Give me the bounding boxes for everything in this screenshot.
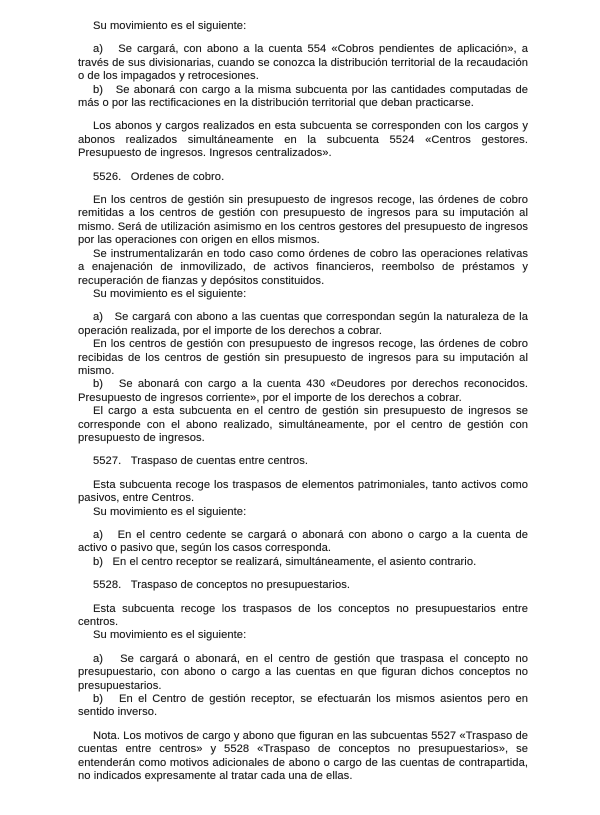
list-item-a-5526: a) Se cargará con abono a las cuentas qu… — [78, 311, 528, 338]
para-nota-final: Nota. Los motivos de cargo y abono que f… — [78, 730, 528, 784]
para-5526-centros-sin: En los centros de gestión sin presupuest… — [78, 194, 528, 248]
para-5526-cargo-subcuenta: El cargo a esta subcuenta en el centro d… — [78, 405, 528, 445]
para-5526-centros-con: En los centros de gestión con presupuest… — [78, 338, 528, 378]
section-heading-5526: 5526. Ordenes de cobro. — [78, 171, 528, 184]
para-5526-instrumentalizacion: Se instrumentalizarán en todo caso como … — [78, 248, 528, 288]
section-heading-5527: 5527. Traspaso de cuentas entre centros. — [78, 455, 528, 468]
list-item-b-5525: b) Se abonará con cargo a la misma subcu… — [78, 84, 528, 111]
para-abonos-cargos: Los abonos y cargos realizados en esta s… — [78, 120, 528, 160]
list-item-a-5525: a) Se cargará, con abono a la cuenta 554… — [78, 43, 528, 83]
movement-intro-line-5526: Su movimiento es el siguiente: — [78, 288, 528, 301]
movement-intro-line: Su movimiento es el siguiente: — [78, 20, 528, 33]
list-item-b-5527: b) En el centro receptor se realizará, s… — [78, 556, 528, 569]
document-page: Su movimiento es el siguiente: a) Se car… — [0, 0, 600, 815]
list-item-a-5527: a) En el centro cedente se cargará o abo… — [78, 529, 528, 556]
list-item-a-5528: a) Se cargará o abonará, en el centro de… — [78, 653, 528, 693]
list-item-b-5528: b) En el Centro de gestión receptor, se … — [78, 693, 528, 720]
movement-intro-line-5527: Su movimiento es el siguiente: — [78, 506, 528, 519]
movement-intro-line-5528: Su movimiento es el siguiente: — [78, 629, 528, 642]
para-5527-descripcion: Esta subcuenta recoge los traspasos de e… — [78, 479, 528, 506]
document-text-column: Su movimiento es el siguiente: a) Se car… — [78, 20, 528, 784]
para-5528-descripcion: Esta subcuenta recoge los traspasos de l… — [78, 603, 528, 630]
list-item-b-5526: b) Se abonará con cargo a la cuenta 430 … — [78, 378, 528, 405]
section-heading-5528: 5528. Traspaso de conceptos no presupues… — [78, 579, 528, 592]
